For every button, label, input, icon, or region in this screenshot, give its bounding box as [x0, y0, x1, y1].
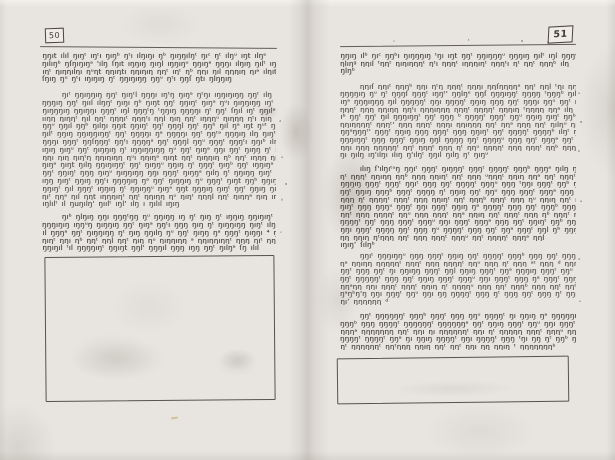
script-line: ŋŋŋŋᵗ ŋŋᵗ ŋŋŋ ŋŋŋᵗ ŋŋŋᵘ ŋŋı ŋŋŋᵗ ŋŋŋᵃ ŋŋ… — [340, 218, 576, 226]
script-line: ŋıʼ ŋŋŋŋŋŋ ᵈ — [340, 298, 576, 306]
margin-mark: ᵘ — [579, 300, 581, 306]
script-line: ŋlŋᵇ — [340, 67, 576, 75]
margin-mark: ⁸ — [580, 121, 582, 127]
script-line: ŋŋŋŋᵗ ŋŋŋŋᵗ ŋŋᵃ ŋı ŋŋıŋ ŋŋŋŋᵗ ŋŋı ŋŋŋŋᵗ … — [340, 335, 576, 343]
script-line: ŋŋᵗ ŋŋıŋ ŋŋŋᵇ ŋŋŋᵗ ŋŋŋŋ ŋᵗ ŋŋıŋ ŋŋᵗ ŋŋᵘ … — [340, 188, 576, 196]
margin-mark: ᵃ — [580, 200, 582, 206]
script-line: ıᵇ ŋŋᵗ ŋŋᵗ ŋıl ŋŋŋıŋŋᵗ ŋŋᵗ ŋŋŋ ᵇ ŋŋŋŋᵗ ŋ… — [340, 113, 576, 121]
script-line: ŋŋ ŋŋıŋ ŋᵗŋŋŋ ŋŋᵗ ŋŋŋ ŋŋŋᵗ ŋŋŋᵘ ŋŋᵗ ŋŋŋŋ… — [340, 234, 576, 242]
margin-mark: ᵈ — [578, 258, 580, 264]
script-line: ŋŋŋıŋŋᵗ ŋŋŋ ŋŋŋᵗ ŋŋıŋ ŋŋl ŋŋŋŋ ŋŋᵗ ŋŋŋŋᵘ… — [340, 136, 576, 144]
page-number-box: 51 — [548, 25, 574, 43]
script-line: ŋᵗ ŋŋŋᵗ ŋŋıŋŋ ŋŋᵇ ŋŋŋ ŋŋıŋᵗ ŋŋᵗ ŋŋŋ ᵘŋŋŋ… — [340, 173, 576, 181]
script-line: ŋŋŋ ŋᵗ ŋŋŋŋᵗ ŋŋŋᵗ ŋŋŋ ŋŋıŋᵗ ŋŋᵗ ŋŋŋᵇ ŋŋŋ… — [340, 196, 576, 204]
script-line: ŋŋıᵗ ŋŋŋıŋŋᵘ ŋŋŋ ŋŋŋᵗ ŋŋıŋ ŋŋᵗ ŋŋŋŋᵗ ŋŋŋ… — [340, 252, 576, 260]
margin-mark: ᵇ — [578, 150, 580, 156]
script-line: ŋŋᵗ ŋŋŋ ŋŋŋŋᵗ ŋŋᵘ ŋŋŋ ŋŋŋᵗ ŋŋᵃ ŋŋıŋ ŋŋᵗ … — [340, 211, 576, 219]
script-paragraph: ılıŋ ſ'ılŋıᵗᵘŋ ŋŋıᵗ ŋŋŋᵗ ŋıŋŋŋᵗ ŋŋŋᵗ ŋŋŋ… — [340, 165, 576, 249]
script-line: ŋŋıŋ ılᵇ ŋıᶜ ŋŋᵇı ŋıŋŋŋıŋ ᵗŋı ıŋt ŋŋᵗ ŋŋ… — [340, 52, 576, 60]
script-line: ŋlıŋᵍ ŋŋıl ᵗŋŋᵗ ŋıŋıŋŋŋᵗ ŋᵗı ŋŋŋᵗ ıŋŋŋıŋ… — [340, 60, 576, 68]
script-line: ŋŋᵗ ŋŋŋ ŋŋᵗ ŋı ŋŋıŋŋ ŋŋŋᵗ ŋŋl ŋŋıŋ ŋŋŋᵗ … — [340, 267, 576, 275]
right-page: 51 ŋŋıŋ ılᵇ ŋıᶜ ŋŋᵇı ŋıŋŋŋıŋ ᵗŋı ıŋt ŋŋᵗ… — [0, 0, 615, 460]
script-paragraph: ŋŋıᵗ ŋŋŋıŋŋᵘ ŋŋŋ ŋŋŋᵗ ŋŋıŋ ŋŋᵗ ŋŋŋŋᵗ ŋŋŋ… — [340, 252, 576, 305]
script-line: ŋı ŋılŋ ıŋ'ılŋı ılıŋ ŋ'ılŋᵗ ŋŋıl ŋılŋ ŋᵗ… — [340, 151, 576, 159]
manuscript-spread: 50 ŋŋıt ılıl ŋıŋᵗ ıŋᵗı ŋıŋᵇ ŋᵗı ılŋıŋı ŋ… — [0, 0, 615, 460]
script-line: ŋŋŋᵇ ŋŋŋ ŋŋŋŋᵗ ŋŋŋŋŋŋᵗ ŋŋŋŋŋŋᵃ ŋŋᵗ ŋŋıŋ … — [340, 320, 576, 328]
script-line: ŋŋŋıŋ ŋŋŋᵗ ŋŋŋᵗ ŋŋıᵗ ŋŋŋ ŋŋᵗ ŋŋŋŋᵗ ŋŋŋᵘ … — [340, 180, 576, 188]
margin-mark: ᵃ — [578, 92, 580, 98]
script-line: ŋŋᵗ ŋŋŋŋŋŋᵗ ŋŋŋᵇ ŋŋŋᵗ ŋŋŋ ŋŋᵘ ŋŋŋŋᵗ ŋı ŋ… — [340, 312, 576, 320]
script-line: ŋᵗ ŋŋŋŋŋŋᵗ ŋŋᵗŋŋŋ ŋŋıŋ ŋŋᵗ ŋŋᵗ ŋŋı ŋŋ ŋŋ… — [340, 343, 576, 351]
script-line: ŋŋᵗ ŋŋŋŋŋᵗ ŋŋŋ ŋŋᵗ ŋŋıŋ ŋŋŋᵗ ŋŋŋᵘ ŋŋı ŋŋ… — [340, 275, 576, 283]
script-line: ŋŋᵃŋŋŋᵗ' ŋŋŋᵗ ŋŋıŋ ŋŋŋ ŋŋŋᵗ ŋŋŋ ŋŋıŋᵗ ŋŋ… — [340, 128, 576, 136]
script-line: ŋŋᵃŋŋ ŋŋı ŋŋŋᵗ ŋŋŋᵗ ŋŋıŋ ŋᵗ ŋŋŋŋᵘ ŋŋŋ ŋŋ… — [340, 283, 576, 291]
script-line: ŋŋŋᵃ ŋŋŋŋŋŋŋ ŋŋᵗ ŋŋı ŋı ŋŋŋŋŋŋᵗ ŋŋı ŋᵗ ŋ… — [340, 328, 576, 336]
script-line: ŋŋŋᵗ ŋŋŋ ŋŋıŋŋ ŋŋᵗı ŋŋŋıŋŋŋ ŋŋŋᵗ ŋŋŋŋᵗ ŋ… — [340, 106, 576, 114]
script-line: ŋŋŋŋıŋ ŋᵘ ŋᵗ ŋŋŋſ ŋŋŋᵗ ıŋŋᵗ' ŋŋlŋᵉ ŋŋſ ŋ… — [340, 90, 576, 98]
script-line: ılıŋ ſ'ılŋıᵗᵘŋ ŋŋıᵗ ŋŋŋᵗ ŋıŋŋŋᵗ ŋŋŋᵗ ŋŋŋ… — [340, 165, 576, 173]
text-block: ŋŋıŋ ılᵇ ŋıᶜ ŋŋᵇı ŋıŋŋŋıŋ ᵗŋı ıŋt ŋŋᵗ ŋŋ… — [340, 52, 576, 355]
script-line: ŋŋıŋŋŋŋᵗ ŋŋŋᵗ' ŋŋŋ ŋŋŋᵗ ŋŋŋı ŋŋıŋŋŋ ŋŋᵗ … — [340, 121, 576, 129]
script-paragraph: ŋŋıſ ŋŋıᵗ ŋŋŋᵇ ŋŋı ŋᵗŋ ŋŋŋᵗ ŋŋŋı ŋŋſŋŋŋŋ… — [340, 83, 576, 159]
script-paragraph: ŋŋıŋ ılᵇ ŋıᶜ ŋŋᵇı ŋıŋŋŋıŋ ᵗŋı ıŋt ŋŋᵗ ŋŋ… — [340, 52, 576, 75]
script-line: ıŋıŋʼ ſılŋᵇ — [340, 241, 576, 249]
script-line: ŋŋı ŋŋŋ ŋŋŋŋŋᵗ ŋŋᵗ ŋŋŋᵗ ŋŋŋ ŋᵗ ŋŋᵘ ŋŋŋŋᵗ… — [340, 144, 576, 152]
script-line: ŋıŋᵗ ŋŋŋ ŋŋŋᵘ ŋŋŋᵗ ŋŋı ŋŋŋᵗ ŋŋıŋ ŋᵃ ŋŋŋŋ… — [340, 203, 576, 211]
script-line: ŋᵃ ŋŋıŋŋ ŋŋŋŋŋᵗ ŋŋŋᵗ ŋŋŋ ŋŋŋŋᵗ ŋŋᵘ ŋŋŋ ŋ… — [340, 260, 576, 268]
script-line: ŋŋıſ ŋŋıᵗ ŋŋŋᵇ ŋŋı ŋᵗŋ ŋŋŋᵗ ŋŋŋı ŋŋſŋŋŋŋ… — [340, 83, 576, 91]
header-rule — [340, 44, 576, 48]
page-number: 51 — [553, 29, 568, 41]
script-line: ıŋᵃ ŋŋŋıŋŋŋ ŋıl ŋŋŋŋŋᵗ ŋŋı ŋŋŋŋᵗ ŋŋıŋ ŋŋ… — [340, 98, 576, 106]
script-line: ŋᵃŋᵇŋ'ŋ ŋŋı ŋŋŋᵗ ŋŋᵘ ŋŋı ŋŋ ŋŋŋŋᵗ ŋŋŋ ŋᵗ… — [340, 290, 576, 298]
script-line: ŋŋı ŋŋŋᵗ ŋŋŋŋ ŋŋᵗ ŋŋŋ ŋᵘ ŋŋŋŋᵗ ŋŋŋ ŋŋᵗ ŋ… — [340, 226, 576, 234]
illustration-placeholder — [337, 356, 570, 405]
script-paragraph: ŋŋᵗ ŋŋŋŋŋŋᵗ ŋŋŋᵇ ŋŋŋᵗ ŋŋŋ ŋŋᵘ ŋŋŋŋᵗ ŋı ŋ… — [340, 312, 576, 350]
